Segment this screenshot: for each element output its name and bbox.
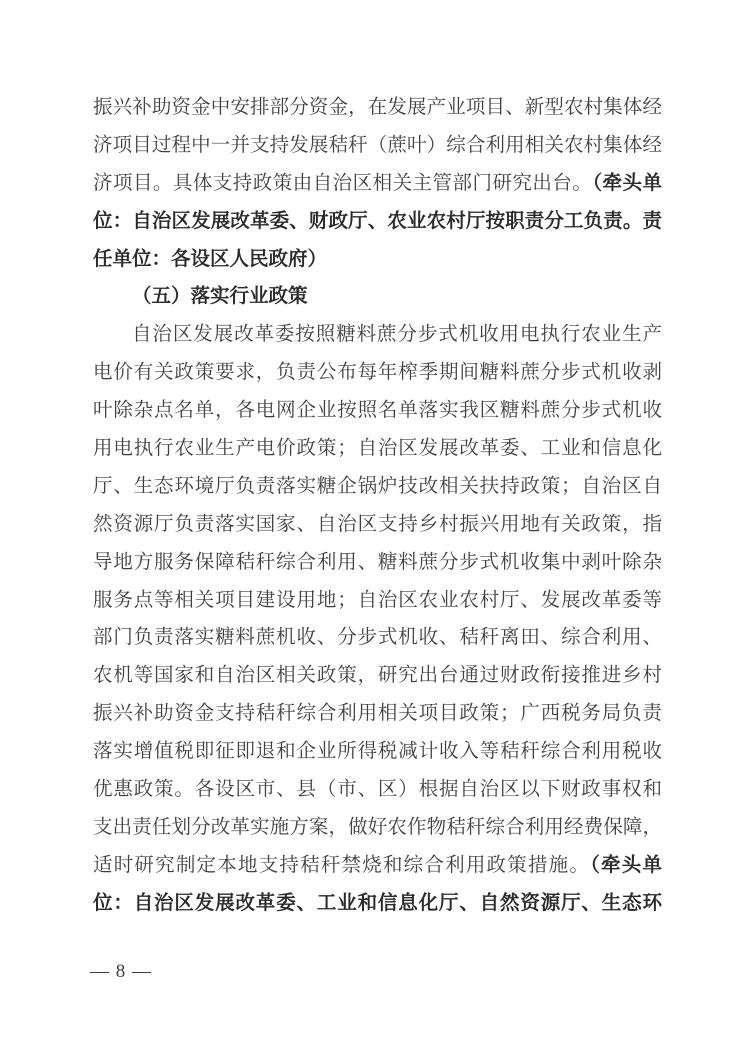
section-heading-text: （五）落实行业政策	[132, 286, 308, 307]
lead-unit-text: 位：自治区发展改革委、财政厅、农业农村厅按职责分工负责。责	[93, 211, 662, 232]
text-line: 电价有关政策要求，负责公布每年榨季期间糖料蔗分步式机收剥	[93, 354, 662, 392]
body-text: 振兴补助资金中安排部分资金，在发展产业项目、新型农村集体经	[93, 97, 662, 118]
text-line: 用电执行农业生产电价政策；自治区发展改革委、工业和信息化	[93, 430, 662, 468]
text-line: 振兴补助资金中安排部分资金，在发展产业项目、新型农村集体经	[93, 89, 662, 127]
body-text: 适时研究制定本地支持秸秆禁烧和综合利用政策措施。	[93, 855, 590, 876]
text-line: 部门负责落实糖料蔗机收、分步式机收、秸秆离田、综合利用、	[93, 619, 662, 657]
text-line: 位：自治区发展改革委、工业和信息化厅、自然资源厅、生态环	[93, 885, 662, 923]
body-text: 服务点等相关项目建设用地；自治区农业农村厅、发展改革委等	[93, 590, 662, 611]
body-text: 厅、生态环境厅负责落实糖企锅炉技改相关扶持政策；自治区自	[93, 476, 662, 497]
text-line: 厅、生态环境厅负责落实糖企锅炉技改相关扶持政策；自治区自	[93, 468, 662, 506]
body-text: 导地方服务保障秸秆综合利用、糖料蔗分步式机收集中剥叶除杂	[93, 552, 662, 573]
text-line: 济项目过程中一并支持发展秸秆（蔗叶）综合利用相关农村集体经	[93, 127, 662, 165]
body-text: 农机等国家和自治区相关政策，研究出台通过财政衔接推进乡村	[93, 665, 662, 686]
lead-unit-text: （牵头单	[592, 173, 662, 194]
body-text: 电价有关政策要求，负责公布每年榨季期间糖料蔗分步式机收剥	[93, 362, 662, 383]
text-line: 适时研究制定本地支持秸秆禁烧和综合利用政策措施。（牵头单	[93, 847, 662, 885]
text-line: 济项目。具体支持政策由自治区相关主管部门研究出台。（牵头单	[93, 165, 662, 203]
lead-unit-text: （牵头单	[590, 855, 662, 876]
body-text: 叶除杂点名单，各电网企业按照名单落实我区糖料蔗分步式机收	[93, 400, 662, 421]
lead-unit-text: 位：自治区发展改革委、工业和信息化厅、自然资源厅、生态环	[93, 893, 662, 914]
text-line: 然资源厅负责落实国家、自治区支持乡村振兴用地有关政策，指	[93, 506, 662, 544]
text-line: 农机等国家和自治区相关政策，研究出台通过财政衔接推进乡村	[93, 657, 662, 695]
body-text: 部门负责落实糖料蔗机收、分步式机收、秸秆离田、综合利用、	[93, 627, 662, 648]
text-line: 叶除杂点名单，各电网企业按照名单落实我区糖料蔗分步式机收	[93, 392, 662, 430]
body-text: 支出责任划分改革实施方案，做好农作物秸秆综合利用经费保障，	[93, 817, 662, 838]
text-line: 支出责任划分改革实施方案，做好农作物秸秆综合利用经费保障，	[93, 809, 662, 847]
body-text: 济项目。具体支持政策由自治区相关主管部门研究出台。	[93, 173, 592, 194]
text-line: 任单位：各设区人民政府）	[93, 241, 662, 279]
text-line: 位：自治区发展改革委、财政厅、农业农村厅按职责分工负责。责	[93, 203, 662, 241]
body-text: 济项目过程中一并支持发展秸秆（蔗叶）综合利用相关农村集体经	[93, 135, 662, 156]
text-line: 优惠政策。各设区市、县（市、区）根据自治区以下财政事权和	[93, 771, 662, 809]
body-text: 振兴补助资金支持秸秆综合利用相关项目政策；广西税务局负责	[93, 703, 662, 724]
text-line: 导地方服务保障秸秆综合利用、糖料蔗分步式机收集中剥叶除杂	[93, 544, 662, 582]
text-line: 振兴补助资金支持秸秆综合利用相关项目政策；广西税务局负责	[93, 695, 662, 733]
page-number: — 8 —	[90, 960, 152, 984]
body-text: 落实增值税即征即退和企业所得税减计收入等秸秆综合利用税收	[93, 741, 662, 762]
text-line: 自治区发展改革委按照糖料蔗分步式机收用电执行农业生产	[93, 316, 662, 354]
body-text: 然资源厅负责落实国家、自治区支持乡村振兴用地有关政策，指	[93, 514, 662, 535]
body-text: 用电执行农业生产电价政策；自治区发展改革委、工业和信息化	[93, 438, 662, 459]
body-text: 自治区发展改革委按照糖料蔗分步式机收用电执行农业生产	[132, 324, 662, 345]
section-heading: （五）落实行业政策	[93, 278, 662, 316]
document-body: 振兴补助资金中安排部分资金，在发展产业项目、新型农村集体经 济项目过程中一并支持…	[93, 89, 662, 923]
lead-unit-text: 任单位：各设区人民政府）	[93, 249, 327, 270]
body-text: 优惠政策。各设区市、县（市、区）根据自治区以下财政事权和	[93, 779, 662, 800]
text-line: 落实增值税即征即退和企业所得税减计收入等秸秆综合利用税收	[93, 733, 662, 771]
text-line: 服务点等相关项目建设用地；自治区农业农村厅、发展改革委等	[93, 582, 662, 620]
document-page: 振兴补助资金中安排部分资金，在发展产业项目、新型农村集体经 济项目过程中一并支持…	[0, 0, 744, 1052]
